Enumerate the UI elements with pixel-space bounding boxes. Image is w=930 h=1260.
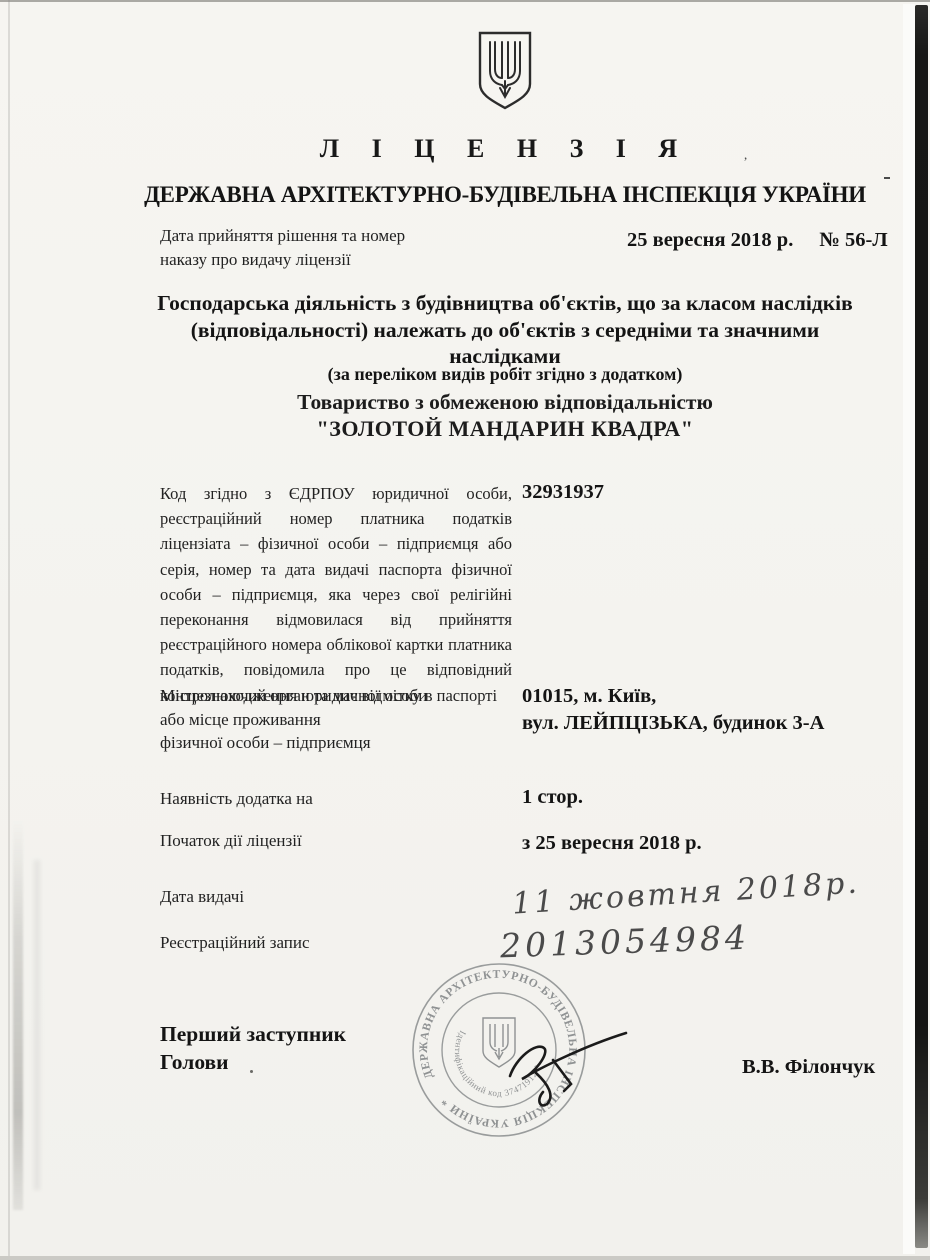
decision-label: Дата прийняття рішення та номер наказу п… — [160, 224, 520, 272]
activity-line-2: (відповідальності) належать до об'єктів … — [40, 317, 930, 344]
licensee-org-type: Товариство з обмеженою відповідальністю — [40, 390, 930, 415]
edrpou-label: Код згідно з ЄДРПОУ юридичної особи, реє… — [160, 481, 512, 708]
ukraine-trident-emblem — [476, 31, 534, 116]
address-label-line3: фізичної особи – підприємця — [160, 731, 427, 755]
issue-date-handwritten: 11 жовтня 2018р. — [511, 865, 861, 921]
decision-date: 25 вересня 2018 р. — [627, 229, 793, 251]
activity-line-1: Господарська діяльність з будівництва об… — [40, 290, 930, 317]
license-start-label: Початок дії ліцензії — [160, 829, 302, 853]
scan-smudge-left-2 — [34, 860, 40, 1190]
scan-speck-dash — [884, 177, 890, 179]
license-start-value: з 25 вересня 2018 р. — [522, 832, 702, 855]
address-value-line2: вул. ЛЕЙПЦІЗЬКА, будинок 3-А — [522, 710, 824, 737]
decision-label-line2: наказу про видачу ліцензії — [160, 248, 520, 272]
decision-order-number: № 56-Л — [819, 229, 887, 251]
signatory-position-line2: Голови — [160, 1048, 346, 1076]
scan-smudge-left — [13, 820, 23, 1210]
address-value-line1: 01015, м. Київ, — [522, 683, 824, 710]
address-value: 01015, м. Київ, вул. ЛЕЙПЦІЗЬКА, будинок… — [522, 683, 824, 737]
issuing-authority: ДЕРЖАВНА АРХІТЕКТУРНО-БУДІВЕЛЬНА ІНСПЕКЦ… — [40, 182, 930, 208]
annex-value: 1 стор. — [522, 786, 583, 809]
document-title: Л І Ц Е Н З І Я — [40, 134, 930, 164]
issue-date-label: Дата видачі — [160, 885, 244, 909]
decision-label-line1: Дата прийняття рішення та номер — [160, 224, 520, 248]
signatory-position-line1: Перший заступник — [160, 1020, 346, 1048]
activity-note: (за переліком видів робіт згідно з додат… — [40, 364, 930, 385]
address-label: Місцезнаходження юридичної особи або міс… — [160, 684, 427, 755]
scan-edge-top — [0, 0, 930, 2]
signatory-position: Перший заступник Голови — [160, 1020, 346, 1076]
scan-edge-bottom — [0, 1256, 930, 1260]
signature — [492, 1012, 642, 1117]
activity-description: Господарська діяльність з будівництва об… — [40, 290, 930, 370]
annex-label: Наявність додатка на — [160, 787, 313, 811]
signatory-name: В.В. Філончук — [742, 1056, 875, 1079]
scan-edge-left-line — [8, 0, 10, 1260]
address-label-line1: Місцезнаходження юридичної особи — [160, 684, 427, 708]
signature-icon — [492, 1012, 642, 1112]
address-label-line2: або місце проживання — [160, 708, 427, 732]
edrpou-value: 32931937 — [522, 481, 604, 504]
licensee-org-name: "ЗОЛОТОЙ МАНДАРИН КВАДРА" — [40, 416, 930, 442]
registration-label: Реєстраційний запис — [160, 931, 310, 955]
trident-shield-icon — [476, 31, 534, 111]
scanned-license-document: , Л І Ц Е Н З І Я ДЕРЖАВНА АРХІТЕКТУРНО-… — [0, 0, 930, 1260]
decision-value: 25 вересня 2018 р.№ 56-Л — [627, 229, 888, 252]
